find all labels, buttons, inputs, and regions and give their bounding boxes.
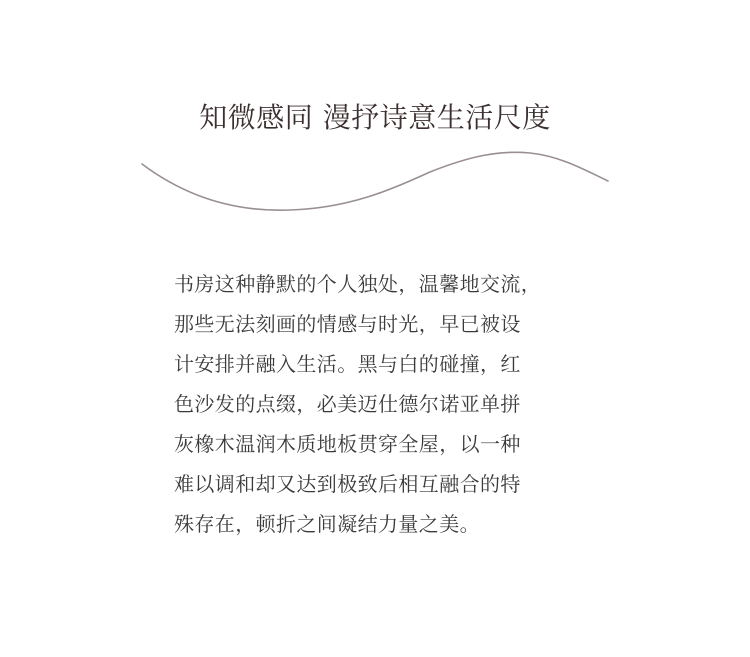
section-title: 知微感同 漫抒诗意生活尺度 (0, 96, 750, 140)
paragraph-line: 灰橡木温润木质地板贯穿全屋，以一种 (174, 424, 594, 464)
paragraph-line: 那些无法刻画的情感与时光，早已被设 (174, 304, 594, 344)
paragraph-line: 色沙发的点缀，必美迈仕德尔诺亚单拼 (174, 384, 594, 424)
paragraph-line: 殊存在，顿折之间凝结力量之美。 (174, 504, 594, 544)
paragraph-line: 难以调和却又达到极致后相互融合的特 (174, 464, 594, 504)
paragraph-line: 书房这种静默的个人独处，温馨地交流， (174, 264, 594, 304)
body-paragraph: 书房这种静默的个人独处，温馨地交流， 那些无法刻画的情感与时光，早已被设 计安排… (174, 264, 594, 544)
paragraph-line: 计安排并融入生活。黑与白的碰撞，红 (174, 344, 594, 384)
